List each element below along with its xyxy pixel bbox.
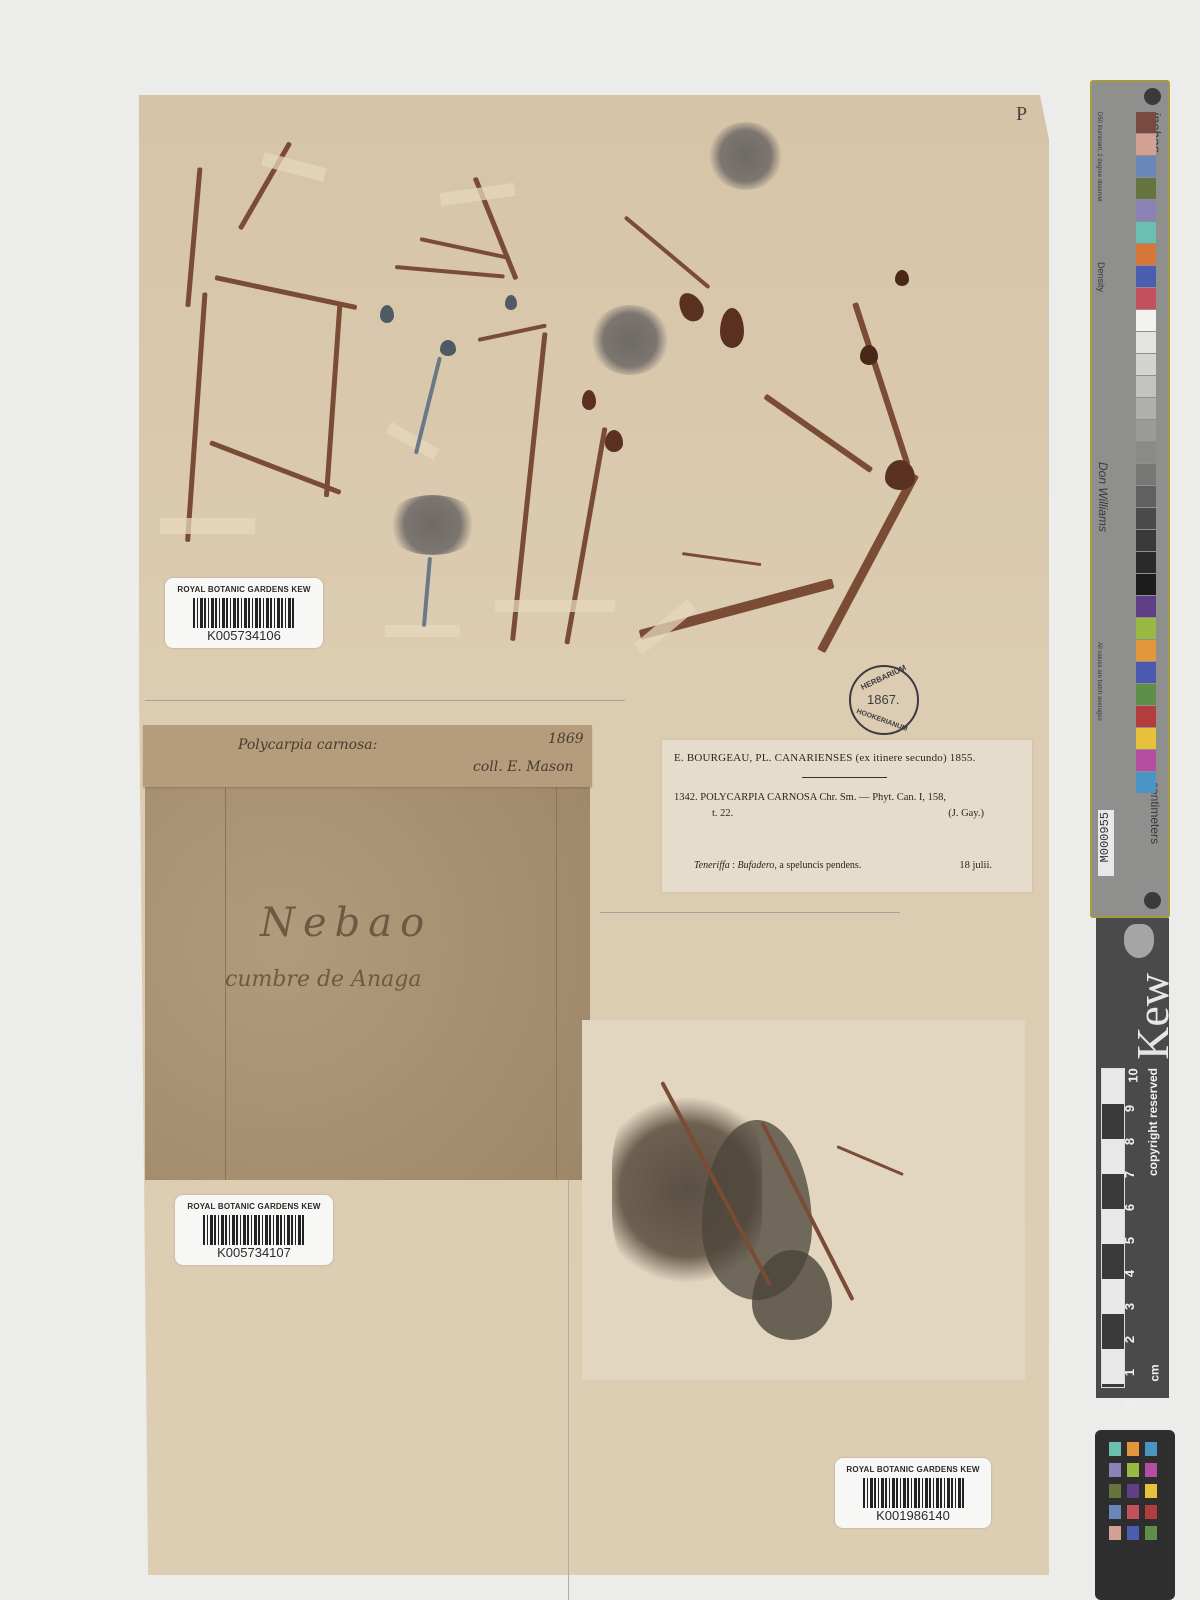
- colour-swatch: [1136, 618, 1156, 639]
- colour-swatch: [1136, 728, 1156, 749]
- kew-scale-bar: Kew copyright reserved 109876543210 cm: [1096, 918, 1169, 1398]
- barcode-label: ROYAL BOTANIC GARDENS KEW K005734107: [175, 1195, 333, 1265]
- fold-line: [568, 1180, 569, 1600]
- ruler-tick-label: 10: [1126, 1068, 1141, 1082]
- flower-cluster: [590, 305, 670, 375]
- ruler-tick-label: 7: [1122, 1171, 1137, 1178]
- colour-swatch: [1136, 596, 1156, 617]
- colour-swatch: [1136, 772, 1156, 793]
- colour-swatch: [1136, 662, 1156, 683]
- barcode-label: ROYAL BOTANIC GARDENS KEW K005734106: [165, 578, 323, 648]
- colour-swatch: [1136, 552, 1156, 573]
- checker-patch: [1109, 1463, 1121, 1477]
- checker-patch: [1127, 1505, 1139, 1519]
- mounting-tape: [160, 518, 255, 534]
- colour-swatch: [1136, 574, 1156, 595]
- leaf: [380, 305, 394, 323]
- ruler-numbers: 109876543210: [1126, 1068, 1142, 1398]
- colour-swatch: [1136, 442, 1156, 463]
- colour-swatch: [1136, 706, 1156, 727]
- leaf: [860, 345, 878, 365]
- leaf: [605, 430, 623, 452]
- colour-swatch: [1136, 200, 1156, 221]
- fold-line: [145, 700, 625, 701]
- checker-patch: [1109, 1484, 1121, 1498]
- leaf: [505, 295, 517, 310]
- ruler-tick-label: 5: [1122, 1237, 1137, 1244]
- fold-line: [600, 912, 900, 913]
- packet-flap: Polycarpia carnosa: 1869 coll. E. Mason: [143, 725, 592, 787]
- colour-swatch: [1136, 464, 1156, 485]
- colour-swatch: [1136, 310, 1156, 331]
- leaf: [582, 390, 596, 410]
- flower-cluster: [708, 122, 783, 190]
- registration-dot: [1144, 88, 1161, 105]
- mounting-tape: [495, 600, 615, 612]
- ruler-tick-label: 0: [1122, 1402, 1137, 1409]
- leaf: [885, 460, 915, 490]
- colour-swatch: [1136, 750, 1156, 771]
- colour-swatch: [1136, 420, 1156, 441]
- leaf: [440, 340, 456, 356]
- label-rule: [802, 777, 887, 778]
- colour-swatch: [1136, 134, 1156, 155]
- colour-swatch: [1136, 332, 1156, 353]
- ruler-tick-label: 8: [1122, 1138, 1137, 1145]
- checker-patch: [1145, 1484, 1157, 1498]
- registration-dot: [1144, 892, 1161, 909]
- colour-swatch: [1136, 530, 1156, 551]
- specimen-packet: Nebao cumbre de Anaga: [145, 785, 590, 1180]
- ruler-tick-label: 1: [1122, 1369, 1137, 1376]
- flower-cluster: [385, 495, 480, 555]
- colour-swatch: [1136, 684, 1156, 705]
- collection-label: E. BOURGEAU, PL. CANARIENSES (ex itinere…: [662, 740, 1032, 892]
- colour-swatch: [1136, 640, 1156, 661]
- colour-swatch: [1136, 376, 1156, 397]
- checker-patch: [1127, 1484, 1139, 1498]
- label-taxon-line: 1342. POLYCARPIA CARNOSA Chr. Sm. — Phyt…: [674, 792, 946, 803]
- checker-patch: [1109, 1505, 1121, 1519]
- stem: [836, 1145, 903, 1176]
- ruler-tick-label: 4: [1122, 1270, 1137, 1277]
- barcode-label: ROYAL BOTANIC GARDENS KEW K001986140: [835, 1458, 991, 1528]
- checker-patch: [1145, 1526, 1157, 1540]
- leaf: [720, 308, 744, 348]
- colour-swatch: [1136, 112, 1156, 133]
- checker-patch: [1109, 1442, 1121, 1456]
- ruler-tick-label: 6: [1122, 1204, 1137, 1211]
- checker-patch: [1127, 1463, 1139, 1477]
- ruler-tick-label: 3: [1122, 1303, 1137, 1310]
- mounting-tape: [385, 625, 460, 637]
- colour-swatch: [1136, 486, 1156, 507]
- colour-swatch: [1136, 288, 1156, 309]
- colour-swatch: [1136, 156, 1156, 177]
- colour-swatch: [1136, 354, 1156, 375]
- checker-patch: [1145, 1463, 1157, 1477]
- corner-mark: P: [1016, 103, 1027, 126]
- leaf: [895, 270, 909, 286]
- barcode-bars: [203, 1215, 305, 1245]
- kew-crest-icon: [1124, 924, 1154, 958]
- barcode-bars: [863, 1478, 965, 1508]
- leaf: [752, 1250, 832, 1340]
- label-locality: Teneriffa : Bufadero, a speluncis penden…: [694, 860, 861, 871]
- colour-swatch: [1136, 508, 1156, 529]
- checker-patch: [1145, 1505, 1157, 1519]
- ruler-tick-label: 9: [1122, 1105, 1137, 1112]
- colour-swatch: [1136, 266, 1156, 287]
- ruler-tick-label: 2: [1122, 1336, 1137, 1343]
- colour-checker-chart: [1095, 1430, 1175, 1600]
- barcode-bars: [193, 598, 295, 628]
- herbarium-stamp: HERBARIUM 1867. HOOKERIANUM: [849, 665, 919, 735]
- colour-swatch: [1136, 178, 1156, 199]
- checker-patch: [1127, 1442, 1139, 1456]
- colour-swatch: [1136, 244, 1156, 265]
- colour-swatch: [1136, 222, 1156, 243]
- checker-patch: [1109, 1526, 1121, 1540]
- checker-patch: [1145, 1442, 1157, 1456]
- colour-swatch: [1136, 398, 1156, 419]
- colour-calibration-target: inches centimeters D50 illuminant, 2 deg…: [1090, 80, 1170, 918]
- checker-patch: [1127, 1526, 1139, 1540]
- fragment-packet: [582, 1020, 1025, 1380]
